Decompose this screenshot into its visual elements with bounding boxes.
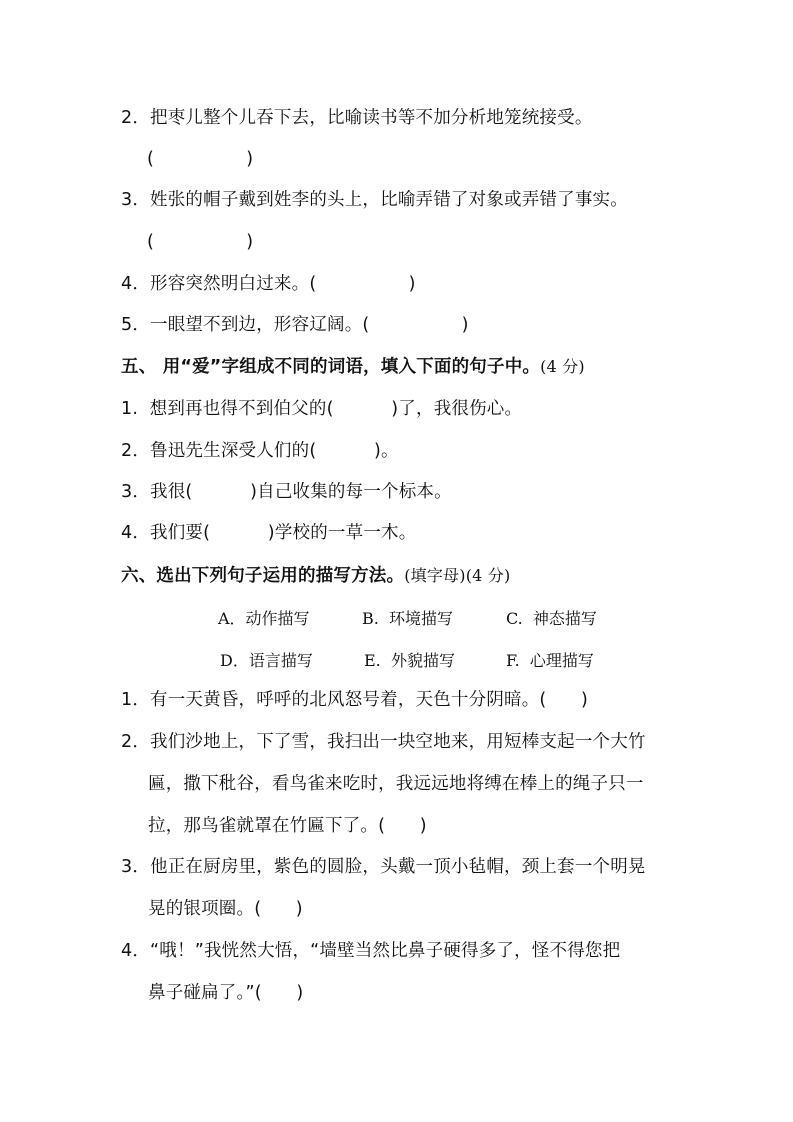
q6-item-4-line-1: 4．“哦！”我恍然大悟，“墙壁当然比鼻子硬得多了，怪不得您把	[121, 940, 620, 962]
q4-item-2-text: 2．把枣儿整个儿吞下去，比喻读书等不加分析地笼统接受。	[121, 107, 593, 129]
section6-title: 六、选出下列句子运用的描写方法。	[121, 566, 404, 586]
q6-item-3-line-2[interactable]: 晃的银项圈。( )	[148, 898, 303, 920]
q6-item-2-line-2: 匾，撒下秕谷，看鸟雀来吃时，我远远地将缚在棒上的绳子只一	[148, 773, 644, 795]
section6-heading: 六、选出下列句子运用的描写方法。(填字母)(4 分)	[121, 565, 510, 587]
q5-item-2[interactable]: 2．鲁迅先生深受人们的( )。	[121, 440, 399, 462]
option-d: D．语言描写	[220, 648, 313, 671]
option-b: B. 环境描写	[362, 606, 453, 629]
q4-item-4-text[interactable]: 4．形容突然明白过来。( )	[121, 273, 416, 295]
option-c: C. 神态描写	[506, 606, 597, 629]
option-e: E. 外貌描写	[364, 648, 455, 671]
q6-item-3-line-1: 3．他正在厨房里，紫色的圆脸，头戴一顶小毡帽，颈上套一个明晃	[121, 856, 646, 878]
q4-item-3-text: 3．姓张的帽子戴到姓李的头上，比喻弄错了对象或弄错了事实。	[121, 189, 628, 211]
section5-title: 五、 用“爱”字组成不同的词语，填入下面的句子中。	[121, 357, 540, 377]
section5-heading: 五、 用“爱”字组成不同的词语，填入下面的句子中。(4 分)	[121, 356, 585, 378]
q6-item-4-line-2[interactable]: 鼻子碰扁了。”( )	[148, 982, 303, 1004]
q6-item-2-line-3[interactable]: 拉，那鸟雀就罩在竹匾下了。( )	[148, 815, 427, 837]
q4-item-5-text[interactable]: 5．一眼望不到边，形容辽阔。( )	[121, 314, 469, 336]
option-f: F. 心理描写	[506, 648, 594, 671]
section5-score: (4 分)	[540, 357, 585, 376]
q5-item-1[interactable]: 1. 想到再也得不到伯父的( )了，我很伤心。	[121, 398, 522, 420]
q6-item-2-line-1: 2．我们沙地上，下了雪，我扫出一块空地来，用短棒支起一个大竹	[121, 731, 646, 753]
q5-item-3[interactable]: 3．我很( )自己收集的每一个标本。	[121, 481, 452, 503]
q5-item-4[interactable]: 4．我们要( )学校的一草一木。	[121, 522, 416, 544]
q4-item-3-answer-blank[interactable]: ( )	[147, 231, 253, 253]
option-a: A．动作描写	[218, 606, 310, 629]
q6-item-1-line-1[interactable]: 1．有一天黄昏，呼呼的北风怒号着，天色十分阴暗。( )	[121, 689, 588, 711]
q4-item-2-answer-blank[interactable]: ( )	[147, 148, 253, 170]
section6-hint: (填字母)(4 分)	[404, 566, 510, 585]
